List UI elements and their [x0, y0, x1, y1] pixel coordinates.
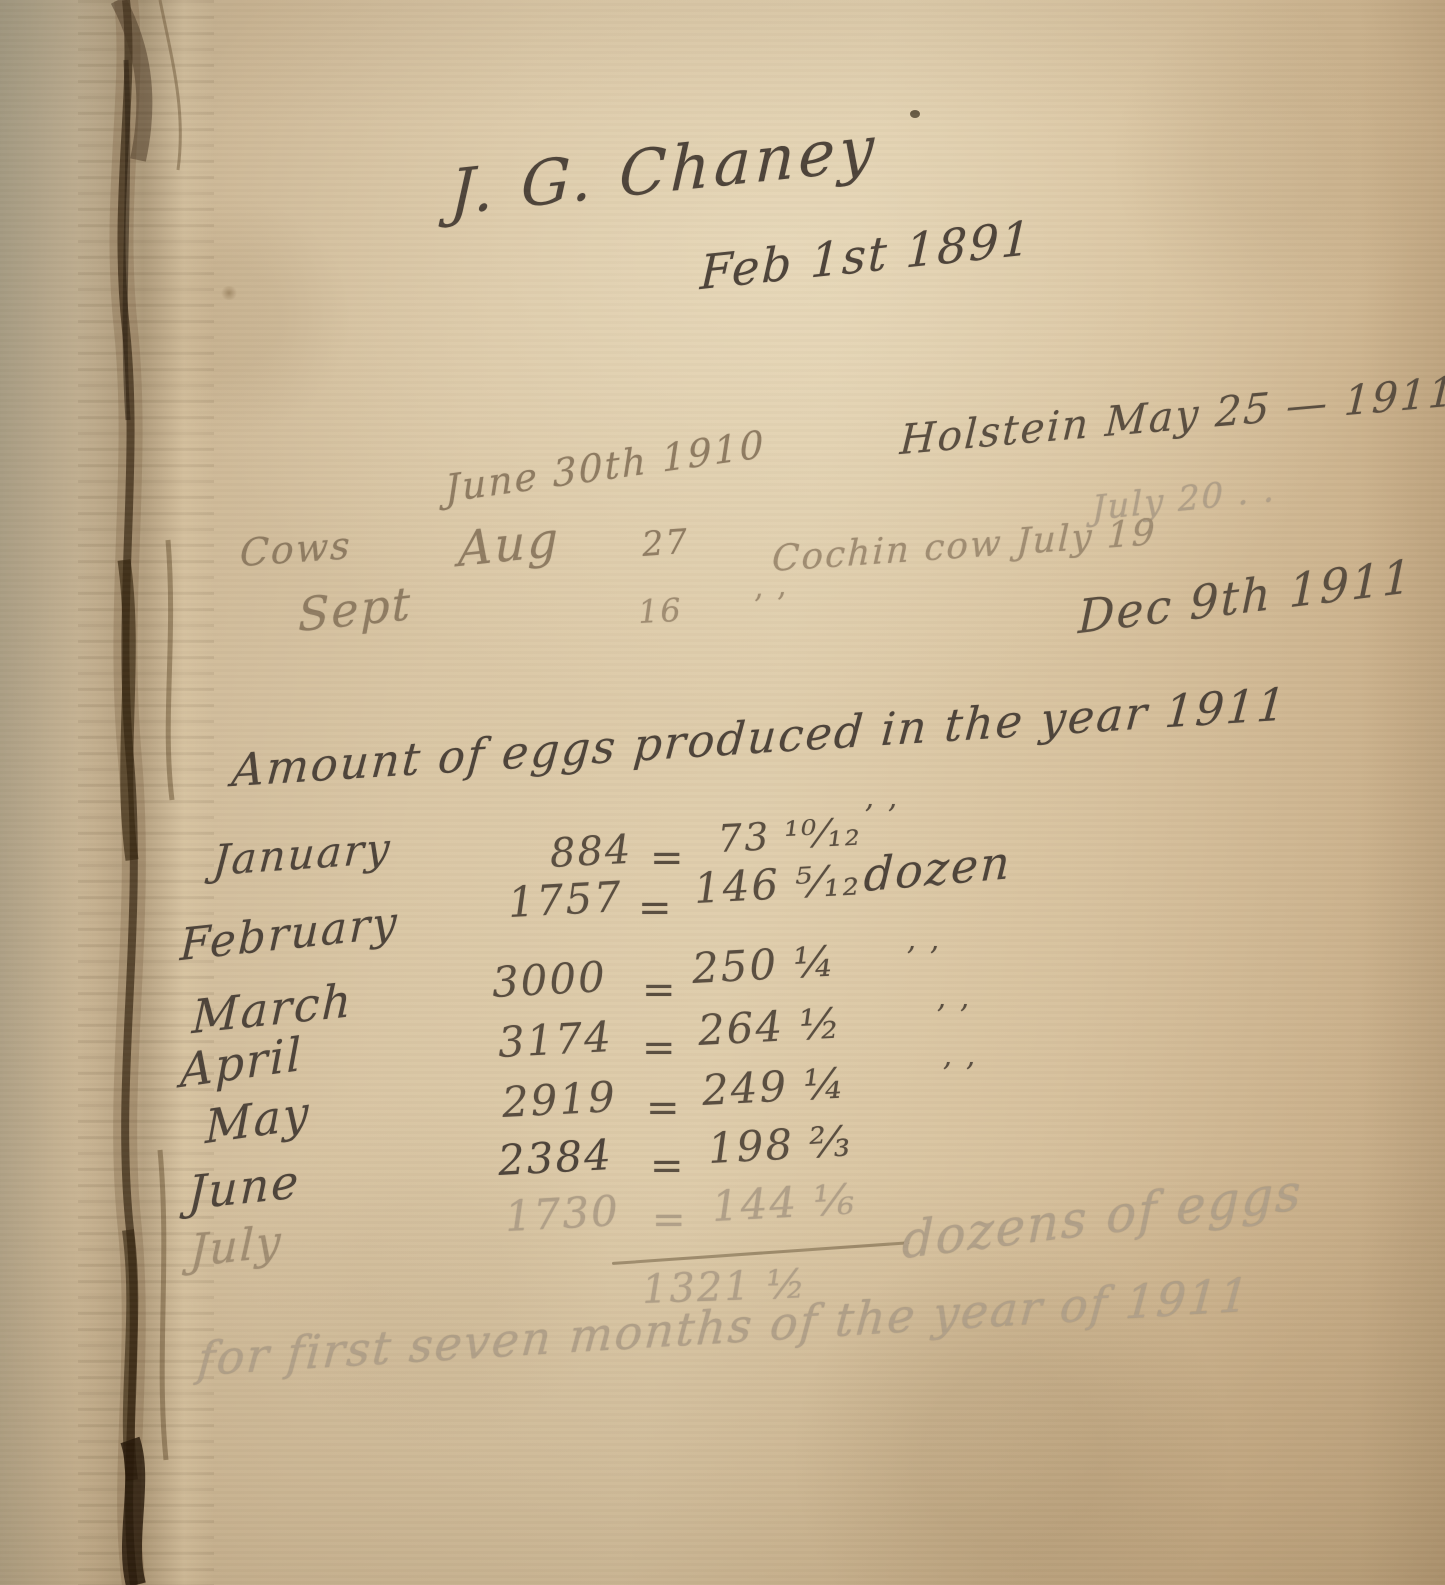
dozens-june: 198 ⅔: [707, 1120, 853, 1169]
ink-dot: [910, 110, 920, 118]
dozens-july: 144 ⅙: [711, 1178, 857, 1227]
equals-sign: =: [646, 1088, 682, 1128]
egg-count-january: 884: [549, 830, 633, 874]
egg-count-february: 1757: [507, 876, 624, 924]
equals-sign: =: [650, 1146, 686, 1186]
month-label-may: May: [205, 1089, 310, 1150]
month-label-june: June: [187, 1158, 301, 1216]
equals-sign: =: [638, 888, 674, 928]
dozen-unit-label: dozen: [863, 839, 1013, 898]
ditto-mark: ’ ’: [753, 590, 790, 622]
dozens-january: 73 ¹⁰⁄₁₂: [717, 813, 863, 858]
egg-count-may: 2919: [501, 1076, 618, 1124]
note-aug: Aug: [458, 515, 560, 574]
egg-count-march: 3000: [491, 956, 608, 1004]
dozens-february: 146 ⁵⁄₁₂: [693, 859, 862, 910]
equals-sign: =: [652, 1200, 688, 1240]
month-label-january: January: [212, 827, 393, 882]
note-aug-day: 27: [641, 525, 691, 562]
ditto-mark: ’ ’: [936, 1002, 971, 1032]
dozens-march: 250 ¼: [691, 940, 837, 989]
ditto-mark: ’ ’: [906, 944, 941, 974]
note-cows-label: Cows: [239, 526, 352, 572]
equals-sign: =: [642, 970, 678, 1010]
egg-count-july: 1730: [504, 1190, 621, 1238]
ditto-mark: ’ ’: [942, 1060, 977, 1090]
note-sept: Sept: [298, 580, 412, 638]
dozens-april: 264 ½: [697, 1002, 843, 1051]
ditto-mark: ’ ’: [864, 802, 899, 832]
equals-sign: =: [642, 1028, 678, 1068]
ledger-flyleaf-page: J. G. Chaney Feb 1st 1891 June 30th 1910…: [0, 0, 1445, 1585]
equals-sign: =: [650, 838, 686, 878]
egg-count-april: 3174: [497, 1016, 614, 1064]
note-sept-day: 16: [637, 594, 683, 628]
dozens-may: 249 ¼: [701, 1062, 847, 1111]
month-label-july: July: [189, 1220, 283, 1274]
egg-count-june: 2384: [497, 1134, 614, 1182]
stain-spot: [220, 286, 238, 300]
